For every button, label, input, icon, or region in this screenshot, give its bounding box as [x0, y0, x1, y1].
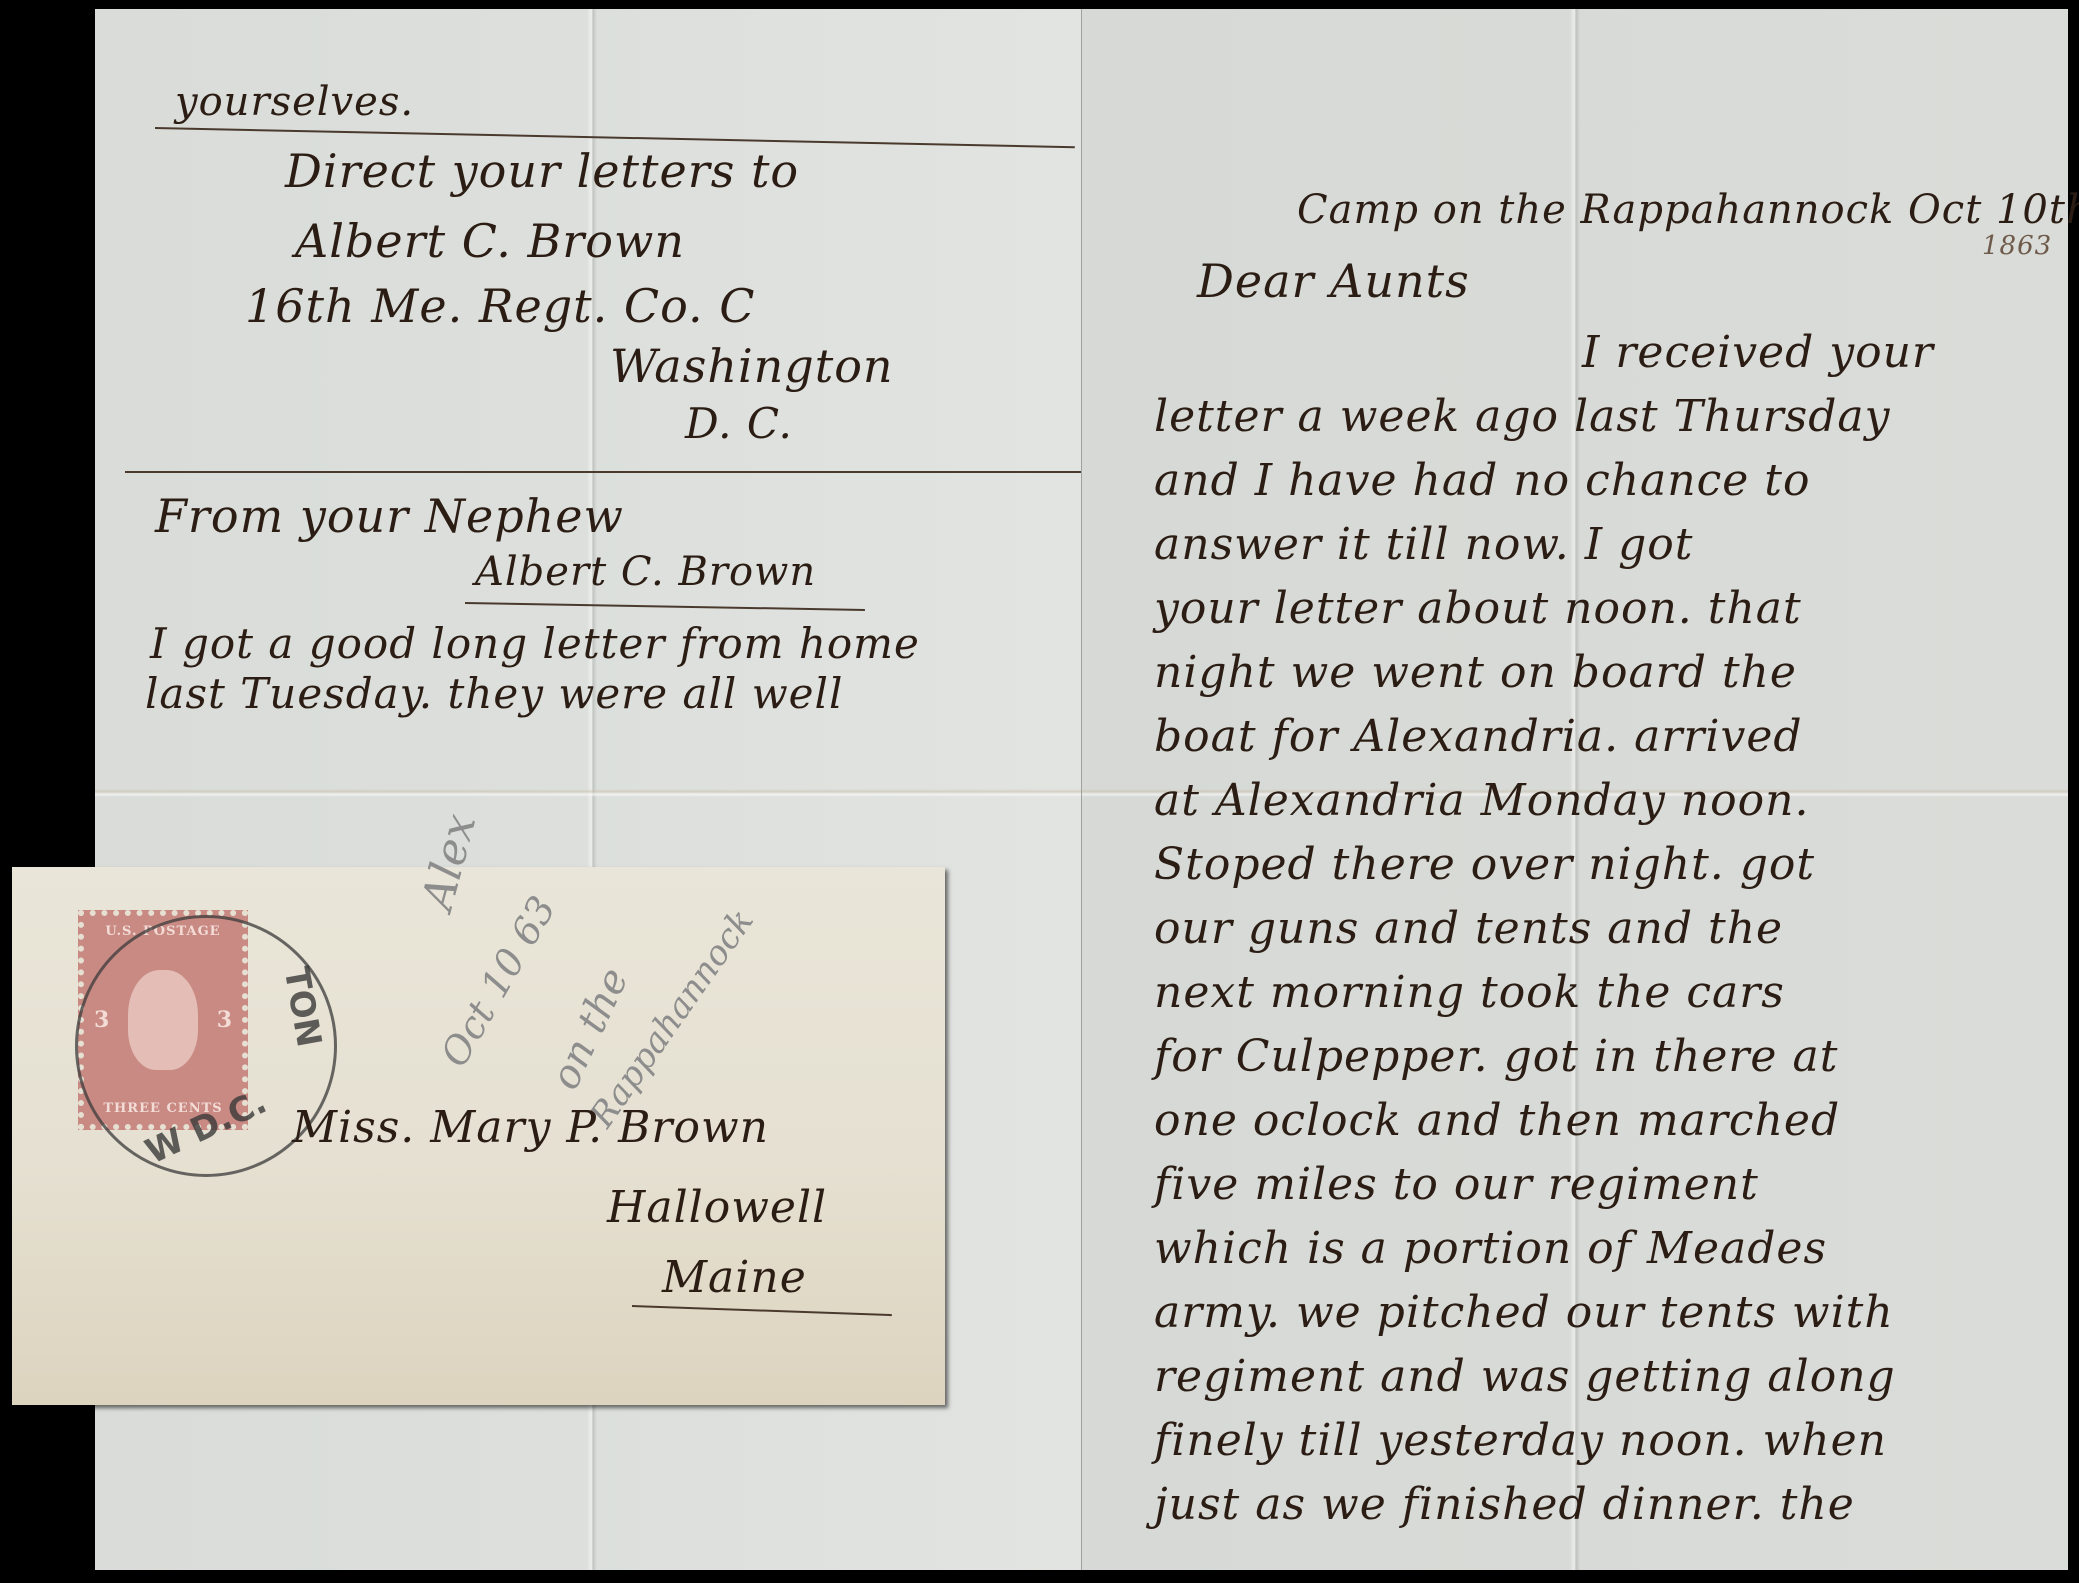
body-line: army. we pitched our tents with [1154, 1287, 1894, 1338]
closing-word: yourselves. [175, 79, 414, 125]
body-line: next morning took the cars [1154, 967, 1785, 1018]
recipient-name: Miss. Mary P. Brown [292, 1102, 769, 1153]
address-intro: Direct your letters to [285, 144, 799, 198]
signoff-line: From your Nephew [155, 489, 624, 543]
postscript-line-2: last Tuesday. they were all well [145, 669, 843, 718]
address-city: Washington [610, 339, 894, 393]
address-name: Albert C. Brown [295, 214, 685, 268]
body-line: for Culpepper. got in there at [1154, 1031, 1838, 1082]
body-line: which is a portion of Meades [1154, 1223, 1827, 1274]
body-line: our guns and tents and the [1154, 903, 1783, 954]
body-line: your letter about noon. that [1154, 583, 1802, 634]
year: 1863 [1982, 231, 2052, 261]
body-line: just as we finished dinner. the [1154, 1479, 1855, 1530]
body-line: finely till yesterday noon. when [1154, 1415, 1887, 1466]
body-line: Stoped there over night. got [1154, 839, 1815, 890]
body-line: at Alexandria Monday noon. [1154, 775, 1809, 826]
body-line: answer it till now. I got [1154, 519, 1693, 570]
horizontal-fold-left [95, 789, 1082, 797]
recipient-city: Hallowell [607, 1182, 827, 1233]
pencil-note-line-2: Oct 10 63 [432, 889, 564, 1074]
signature: Albert C. Brown [475, 549, 816, 595]
body-line: five miles to our regiment [1154, 1159, 1759, 1210]
body-line: regiment and was getting along [1154, 1351, 1896, 1402]
body-line: and I have had no chance to [1154, 455, 1810, 506]
address-unit: 16th Me. Regt. Co. C [245, 279, 755, 333]
body-line: boat for Alexandria. arrived [1154, 711, 1803, 762]
salutation: Dear Aunts [1197, 254, 1470, 308]
body-line: night we went on board the [1154, 647, 1797, 698]
body-line: I received your [1582, 327, 1934, 378]
divider-rule-2 [125, 471, 1085, 473]
body-line: letter a week ago last Thursday [1154, 391, 1890, 442]
postscript-line-1: I got a good long letter from home [150, 619, 920, 668]
place-date: Camp on the Rappahannock Oct 10th [1297, 187, 2079, 233]
state-underline [632, 1305, 892, 1316]
signature-underline [465, 602, 865, 611]
right-page: Camp on the Rappahannock Oct 10th 1863 D… [1082, 9, 2068, 1570]
recipient-state: Maine [662, 1252, 807, 1303]
address-district: D. C. [685, 399, 793, 448]
body-line: one oclock and then marched [1154, 1095, 1840, 1146]
envelope: U.S. POSTAGE 3 3 THREE CENTS TON W D.C. … [12, 867, 945, 1405]
